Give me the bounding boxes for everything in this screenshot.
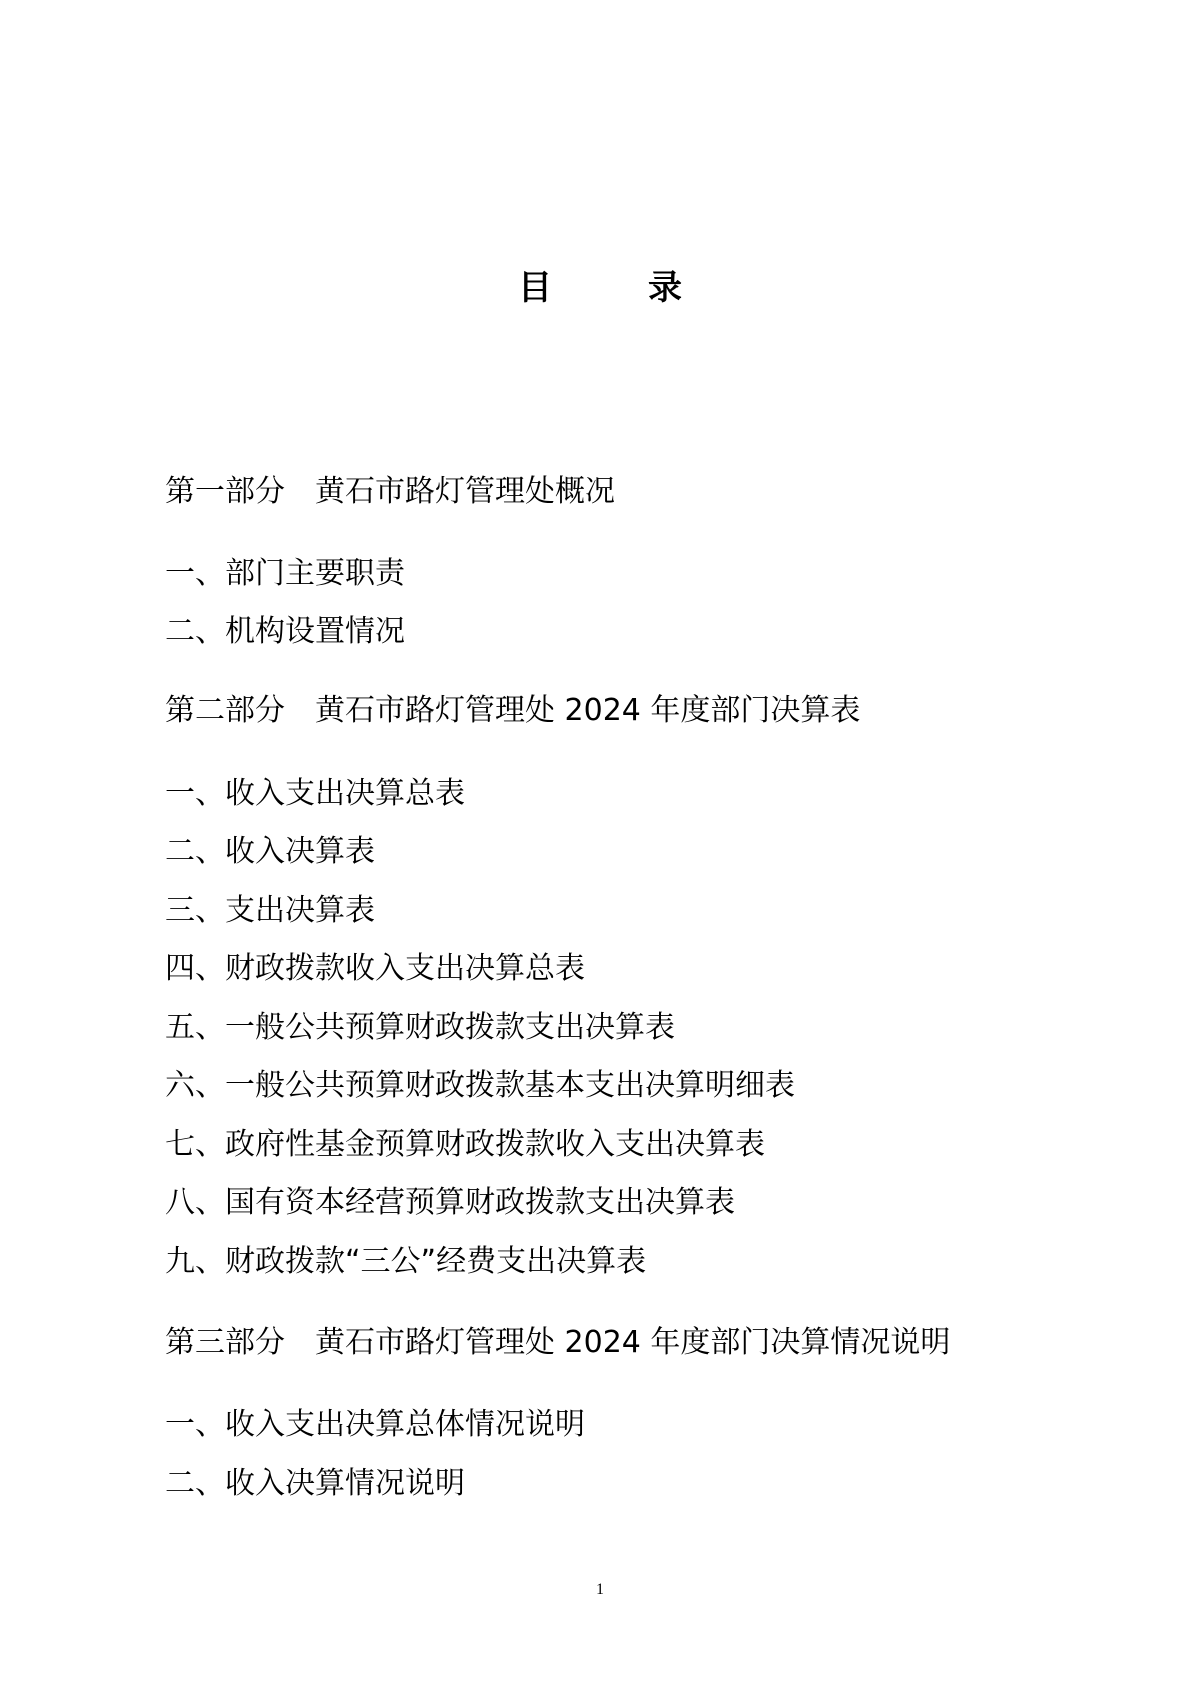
toc-item: 二、收入决算表 xyxy=(165,834,375,870)
page-number: 1 xyxy=(0,1580,1200,1600)
toc-part-title: 黄石市路灯管理处概况 xyxy=(315,474,615,509)
toc-item: 三、支出决算表 xyxy=(165,893,375,929)
page-title: 目录 xyxy=(0,268,1200,308)
toc-item: 九、财政拨款“三公”经费支出决算表 xyxy=(165,1244,646,1280)
title-char-1: 目 xyxy=(518,268,552,308)
toc-part-1: 第一部分黄石市路灯管理处概况 xyxy=(165,474,615,510)
toc-item: 五、一般公共预算财政拨款支出决算表 xyxy=(165,1010,675,1046)
toc-part-prefix: 第二部分 xyxy=(165,693,285,728)
toc-item: 六、一般公共预算财政拨款基本支出决算明细表 xyxy=(165,1068,795,1104)
toc-part-2: 第二部分黄石市路灯管理处 2024 年度部门决算表 xyxy=(165,693,860,729)
toc-item: 二、收入决算情况说明 xyxy=(165,1466,465,1502)
toc-part-title: 黄石市路灯管理处 2024 年度部门决算表 xyxy=(315,693,860,728)
toc-item: 一、收入支出决算总表 xyxy=(165,776,465,812)
toc-item: 一、部门主要职责 xyxy=(165,556,405,592)
toc-part-3: 第三部分黄石市路灯管理处 2024 年度部门决算情况说明 xyxy=(165,1325,950,1361)
toc-part-prefix: 第三部分 xyxy=(165,1325,285,1360)
toc-item: 二、机构设置情况 xyxy=(165,614,405,650)
toc-item: 一、收入支出决算总体情况说明 xyxy=(165,1407,585,1443)
toc-part-title: 黄石市路灯管理处 2024 年度部门决算情况说明 xyxy=(315,1325,950,1360)
toc-item: 八、国有资本经营预算财政拨款支出决算表 xyxy=(165,1185,735,1221)
title-char-2: 录 xyxy=(648,268,682,308)
toc-part-prefix: 第一部分 xyxy=(165,474,285,509)
toc-item: 七、政府性基金预算财政拨款收入支出决算表 xyxy=(165,1127,765,1163)
toc-item: 四、财政拨款收入支出决算总表 xyxy=(165,951,585,987)
